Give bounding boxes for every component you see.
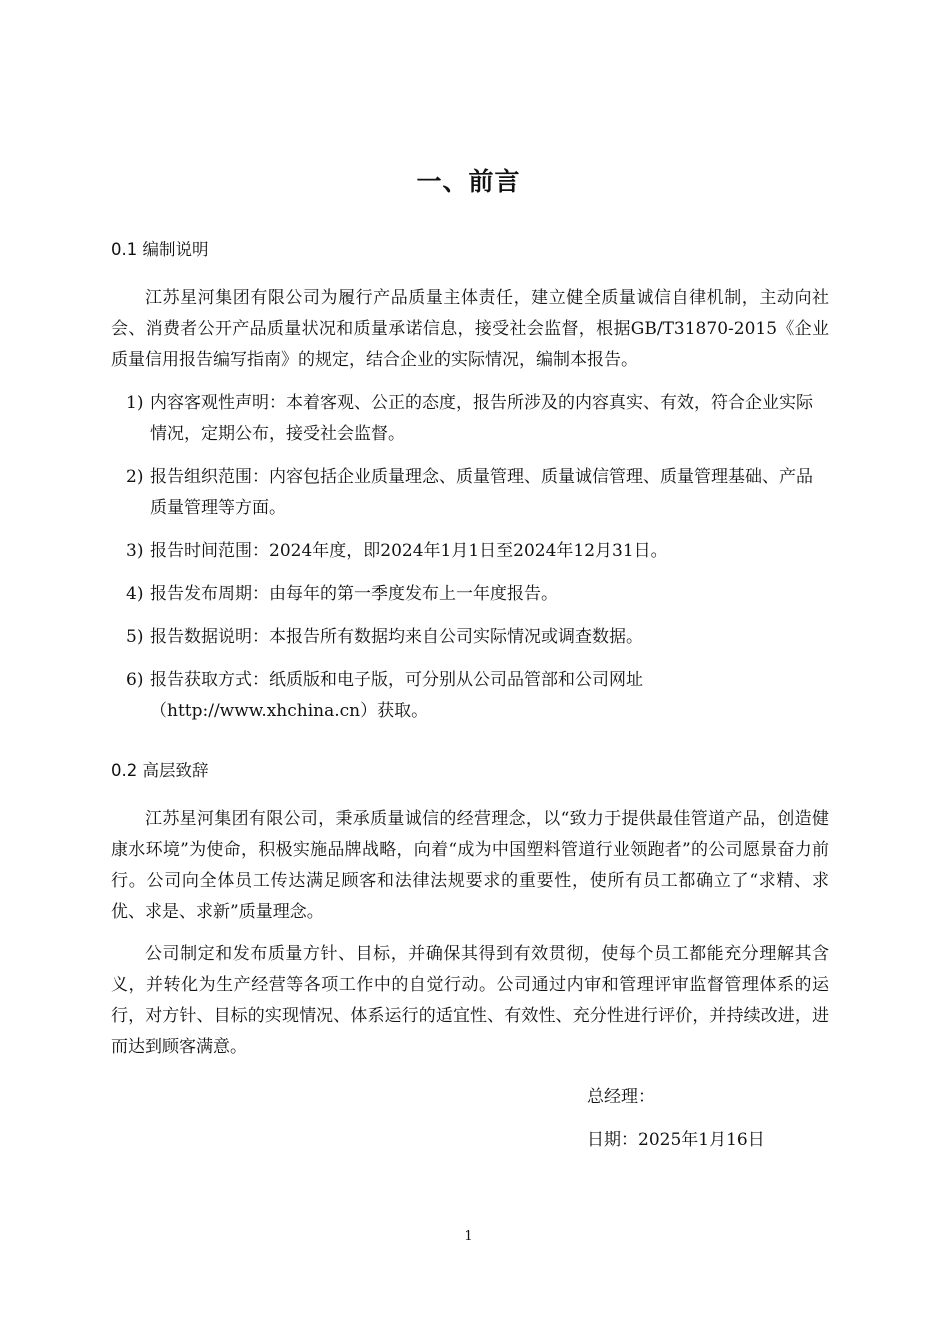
list-text: 内容客观性声明：本着客观、公正的态度，报告所涉及的内容真实、有效，符合企业实际情…: [150, 388, 829, 450]
address-paragraph-2: 公司制定和发布质量方针、目标，并确保其得到有效贯彻，使每个员工都能充分理解其含义…: [111, 939, 829, 1063]
section-heading-leadership-address: 0.2 高层致辞: [111, 757, 209, 781]
list-number: 3): [126, 536, 150, 567]
list-text: 报告获取方式：纸质版和电子版，可分别从公司品管部和公司网址: [150, 670, 643, 690]
signature-title: 总经理：: [587, 1082, 655, 1107]
intro-paragraph: 江苏星河集团有限公司为履行产品质量主体责任，建立健全质量诚信自律机制，主动向社会…: [111, 283, 829, 376]
list-text: 报告组织范围：内容包括企业质量理念、质量管理、质量诚信管理、质量管理基础、产品质…: [150, 462, 829, 524]
list-item-time-range: 3) 报告时间范围：2024年度，即2024年1月1日至2024年12月31日。: [126, 536, 829, 567]
list-item-objectivity: 1) 内容客观性声明：本着客观、公正的态度，报告所涉及的内容真实、有效，符合企业…: [126, 388, 829, 450]
address-paragraph-1: 江苏星河集团有限公司，秉承质量诚信的经营理念，以“致力于提供最佳管道产品，创造健…: [111, 804, 829, 928]
list-text: 报告数据说明：本报告所有数据均来自公司实际情况或调查数据。: [150, 622, 829, 653]
list-number: 1): [126, 388, 150, 450]
page-title: 一、前言: [0, 162, 937, 198]
list-text: 报告发布周期：由每年的第一季度发布上一年度报告。: [150, 579, 829, 610]
list-item-scope: 2) 报告组织范围：内容包括企业质量理念、质量管理、质量诚信管理、质量管理基础、…: [126, 462, 829, 524]
list-number: 5): [126, 622, 150, 653]
signature-date: 日期：2025年1月16日: [587, 1125, 765, 1150]
list-item-access-method: 6) 报告获取方式：纸质版和电子版，可分别从公司品管部和公司网址 （http:/…: [126, 665, 829, 727]
list-text: 报告时间范围：2024年度，即2024年1月1日至2024年12月31日。: [150, 536, 829, 567]
list-text-wrapper: 报告获取方式：纸质版和电子版，可分别从公司品管部和公司网址 （http://ww…: [150, 665, 829, 727]
page-number: 1: [0, 1229, 937, 1244]
list-number: 2): [126, 462, 150, 524]
website-link[interactable]: （http://www.xhchina.cn）获取。: [150, 701, 428, 721]
list-item-data-notes: 5) 报告数据说明：本报告所有数据均来自公司实际情况或调查数据。: [126, 622, 829, 653]
list-item-release-cycle: 4) 报告发布周期：由每年的第一季度发布上一年度报告。: [126, 579, 829, 610]
list-number: 6): [126, 665, 150, 727]
section-heading-compilation-notes: 0.1 编制说明: [111, 236, 209, 260]
list-number: 4): [126, 579, 150, 610]
